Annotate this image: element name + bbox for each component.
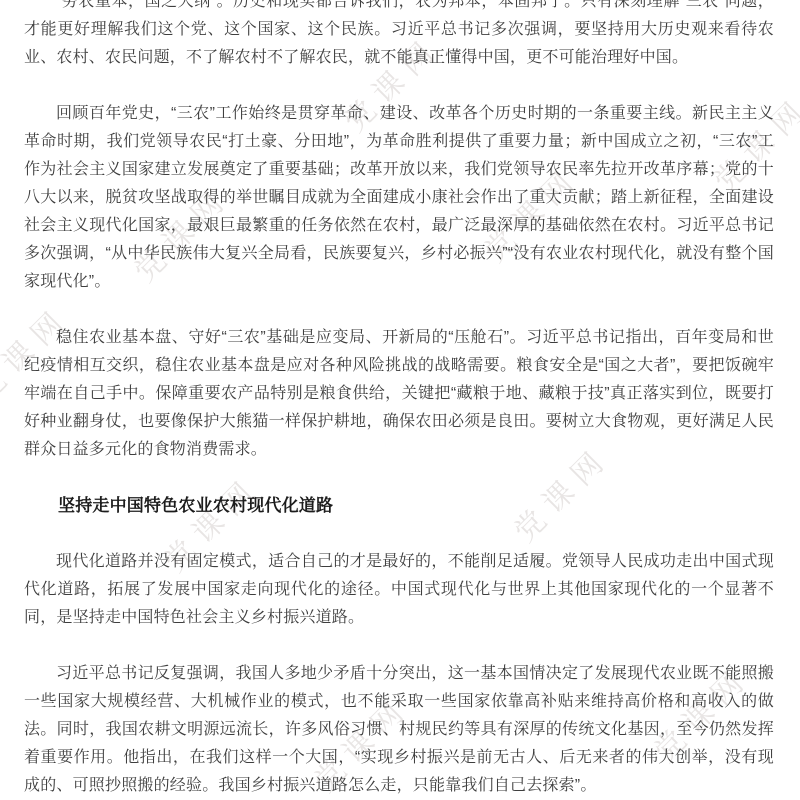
document-page: 党课网 党课网 党课网 党课网 党课网 党课网 党课网 党课网 党课网 “务农重… [0, 0, 800, 800]
article-paragraph: 现代化道路并没有固定模式，适合自己的才是最好的，不能削足适履。党领导人民成功走出… [24, 548, 774, 632]
article-paragraph: 稳住农业基本盘、守好“三农”基础是应变局、开新局的“压舱石”。习近平总书记指出，… [24, 324, 774, 464]
section-heading: 坚持走中国特色农业农村现代化道路 [24, 492, 774, 520]
article-paragraph: 习近平总书记反复强调，我国人多地少矛盾十分突出，这一基本国情决定了发展现代农业既… [24, 660, 774, 800]
article-body: “务农重本，国之大纲”。历史和现实都告诉我们，农为邦本，本固邦宁。只有深刻理解“… [0, 0, 800, 800]
article-paragraph: 回顾百年党史，“三农”工作始终是贯穿革命、建设、改革各个历史时期的一条重要主线。… [24, 100, 774, 296]
article-paragraph: “务农重本，国之大纲”。历史和现实都告诉我们，农为邦本，本固邦宁。只有深刻理解“… [24, 0, 774, 72]
